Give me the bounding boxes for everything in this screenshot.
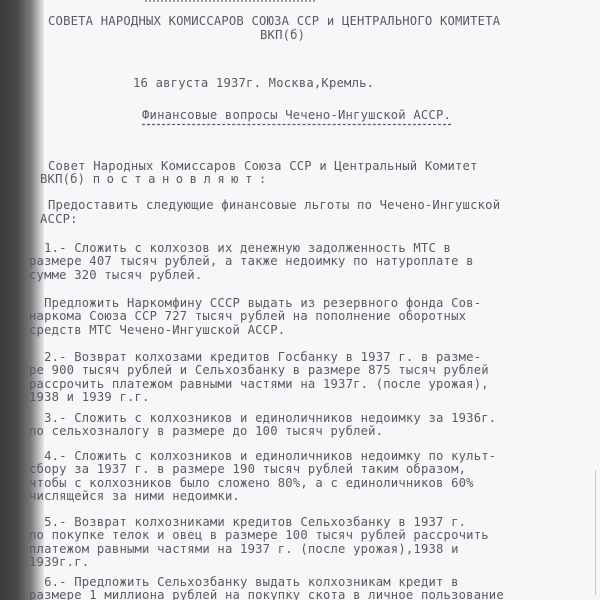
item-5-line-4: числящейся за ними недоимки. (29, 489, 240, 503)
page-edge (595, 470, 596, 595)
header-line-2: ВКП(б) (260, 28, 305, 42)
preamble-line-2: ВКП(б) постановляют: (40, 172, 273, 186)
item-4-line-2: по сельхозналогу в размере до 100 тысяч … (29, 424, 383, 438)
item-1-line-1: 1.- Сложить с колхозов их денежную задол… (29, 241, 451, 255)
item-7-line-2: размере 1 миллиона рублей на покупку ско… (29, 588, 504, 600)
item-3-line-2: ре 900 тысяч рублей и Сельхозбанку в раз… (29, 363, 489, 377)
intro-line-2: АССР: (40, 212, 78, 226)
item-7-line-1: 6.- Предложить Сельхозбанку выдать колхо… (29, 575, 459, 589)
item-4-line-1: 3.- Сложить с колхозников и единоличнико… (29, 411, 496, 425)
item-5-line-3: чтобы с колхозников было сложено 80%, а … (29, 476, 474, 490)
intro-line-1: Предоставить следующие финансовые льготы… (48, 198, 500, 212)
item-6-line-3: платежом равными частями на 1937 г. (пос… (29, 542, 459, 556)
item-2-line-1: Предложить Наркомфину СССР выдать из рез… (29, 296, 481, 310)
item-6-line-4: 1939г.г. (29, 555, 89, 569)
resolves-word: постановляют: (93, 172, 273, 186)
item-2-line-2: наркома Союза ССР 727 тысяч рублей на по… (29, 309, 466, 323)
dateline: 16 августа 1937г. Москва,Кремль. (133, 76, 374, 90)
item-6-line-2: по покупке телок и овец в размере 100 ты… (29, 528, 489, 542)
preamble-line-1: Совет Народных Комиссаров Союза ССР и Це… (48, 159, 478, 173)
document-page: СОВЕТА НАРОДНЫХ КОМИССАРОВ СОЮЗА ССР и Ц… (0, 0, 600, 600)
item-3-line-4: 1938 и 1939 г.г. (29, 390, 150, 404)
cut-off-header-line (145, 0, 315, 5)
item-6-line-1: 5.- Возврат колхозниками кредитов Сельхо… (29, 515, 466, 529)
item-2-line-3: средств МТС Чечено-Ингушской АССР. (29, 323, 285, 337)
party-abbrev: ВКП(б) (40, 172, 85, 186)
document-title: Финансовые вопросы Чечено-Ингушской АССР… (142, 108, 451, 122)
header-line-1: СОВЕТА НАРОДНЫХ КОМИССАРОВ СОЮЗА ССР и Ц… (48, 14, 500, 28)
item-3-line-1: 2.- Возврат колхозами кредитов Госбанку … (29, 350, 481, 364)
item-5-line-1: 4.- Сложить с колхозников и единоличнико… (29, 449, 496, 463)
item-5-line-2: сбору за 1937 г. в размере 190 тысяч руб… (29, 462, 466, 476)
item-1-line-2: размере 407 тысяч рублей, а также недоим… (29, 254, 474, 268)
item-1-line-3: сумме 320 тысяч рублей. (29, 268, 202, 282)
item-3-line-3: рассрочить платежом равными частями на 1… (29, 377, 489, 391)
